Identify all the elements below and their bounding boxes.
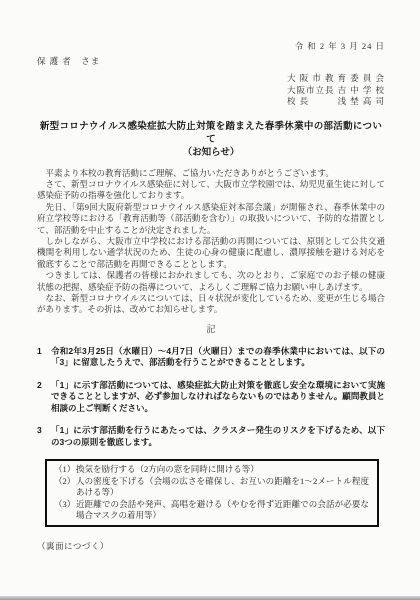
title-block: 新型コロナウイルス感染症拡大防止対策を踏まえた春季休業中の部活動について （お知… (37, 120, 385, 159)
scan-edge-artifact (0, 596, 420, 600)
body-paragraph: 平素より本校の教育活動にご理解、ご協力いただきありがとうございます。 (37, 168, 385, 179)
scanned-notice-page: 令 和 2 年 3 月 24 日 保 護 者 さま 大 阪 市 教 育 委 員 … (0, 0, 420, 600)
body-paragraph: 先日、「第9回大阪府新型コロナウイルス感染症対本部会議」が開催され、春季休業中の… (37, 202, 385, 236)
record-marker: 記 (37, 325, 385, 334)
principles-box: （1） 換気を励行する（2方向の窓を同時に開ける等） （2） 人の密度を下げる（… (45, 459, 379, 527)
principle-text: 近距離での会話や発声、高唱を避ける（やむを得ず近距離での会話が必要な場合マスクの… (76, 499, 369, 522)
principle-item: （2） 人の密度を下げる（会場の広さを確保し、お互いの距離を1～2メートル程度あ… (54, 476, 369, 499)
item-number: 2 (37, 380, 51, 415)
item-number: 1 (37, 346, 51, 369)
body-paragraph: なお、新型コロナウイルスについては、日々状況が変化しているため、変更が生じる場合… (37, 293, 385, 316)
principle-text: 換気を励行する（2方向の窓を同時に開ける等） (76, 464, 369, 475)
sender-block: 大 阪 市 教 育 委 員 会 大阪市立長 吉 中 学 校 校 長 浅 埜 高 … (37, 73, 385, 108)
principle-item: （3） 近距離での会話や発声、高唱を避ける（やむを得ず近距離での会話が必要な場合… (54, 499, 369, 522)
notice-subtitle: （お知らせ） (37, 146, 385, 159)
addressee-line: 保 護 者 さま (37, 57, 385, 66)
item-text: 「1」に示す部活動については、感染症拡大防止対策を徹底し安全な環境において実施で… (51, 380, 385, 415)
numbered-item: 2 「1」に示す部活動については、感染症拡大防止対策を徹底し安全な環境において実… (37, 380, 385, 415)
sender-organization: 大 阪 市 教 育 委 員 会 (37, 73, 385, 85)
body-paragraph: つきましては、保護者の皆様におかれましても、次のとおり、ご家庭でのお子様の健康状… (37, 270, 385, 293)
continued-on-back-note: （裏面につづく） (37, 542, 385, 551)
numbered-item: 3 「1」に示す部活動を行うにあたっては、クラスター発生のリスクを下げるため、以… (37, 425, 385, 448)
body-paragraph: さて、新型コロナウイルス感染症に対して、大阪市立学校園では、幼児児童生徒に対して… (37, 179, 385, 202)
principle-number: （3） (54, 499, 76, 522)
principle-number: （2） (54, 476, 76, 499)
date-line: 令 和 2 年 3 月 24 日 (37, 42, 385, 51)
principle-item: （1） 換気を励行する（2方向の窓を同時に開ける等） (54, 464, 369, 475)
numbered-item: 1 令和2年3月25日（水曜日）～4月7日（火曜日）までの春季休業中においては、… (37, 346, 385, 369)
body-paragraph: しかしながら、大阪市立中学校における部活動の再開については、原則として公共交通機… (37, 236, 385, 270)
notice-title: 新型コロナウイルス感染症拡大防止対策を踏まえた春季休業中の部活動について (37, 120, 385, 146)
item-text: 「1」に示す部活動を行うにあたっては、クラスター発生のリスクを下げるため、以下の… (51, 425, 385, 448)
page-content: 令 和 2 年 3 月 24 日 保 護 者 さま 大 阪 市 教 育 委 員 … (0, 0, 420, 551)
principle-number: （1） (54, 464, 76, 475)
body-text: 平素より本校の教育活動にご理解、ご協力いただきありがとうございます。 さて、新型… (37, 168, 385, 316)
item-number: 3 (37, 425, 51, 448)
sender-principal: 校 長 浅 埜 高 司 (37, 96, 385, 108)
sender-school: 大阪市立長 吉 中 学 校 (37, 85, 385, 97)
numbered-sections: 1 令和2年3月25日（水曜日）～4月7日（火曜日）までの春季休業中においては、… (37, 346, 385, 449)
principle-text: 人の密度を下げる（会場の広さを確保し、お互いの距離を1～2メートル程度あける等） (76, 476, 369, 499)
item-text: 令和2年3月25日（水曜日）～4月7日（火曜日）までの春季休業中においては、以下… (51, 346, 385, 369)
